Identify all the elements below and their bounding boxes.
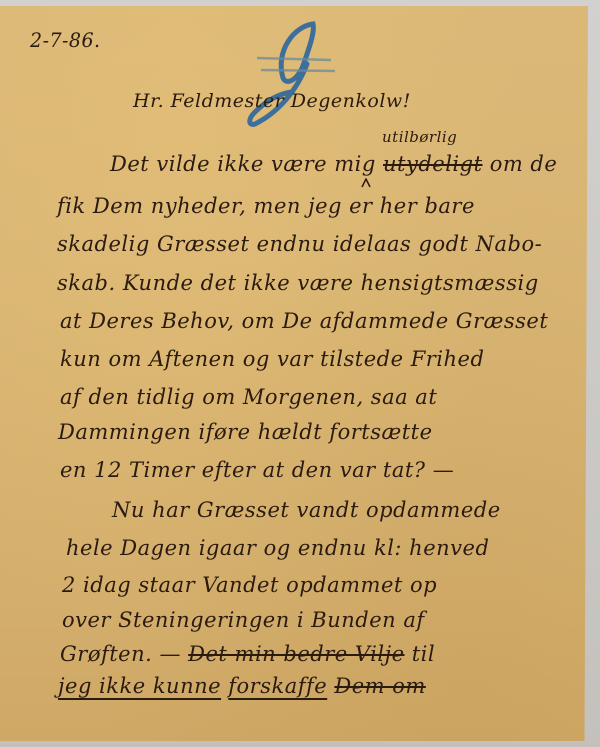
- insertion-caret-icon: [361, 178, 371, 188]
- letter-line-2: fik Dem nyheder, men jeg er her bare: [57, 194, 475, 218]
- letter-line-12: 2 idag staar Vandet opdammet op: [62, 573, 437, 597]
- letter-line-11: hele Dagen igaar og endnu kl: henved: [66, 536, 489, 560]
- line-text-after: til: [412, 642, 435, 666]
- letter-line-9: en 12 Timer efter at den var tat? —: [60, 458, 454, 482]
- line-text: Grøften. —: [60, 642, 181, 666]
- struck-end: Dem om: [334, 674, 425, 698]
- letter-page: 2-7-86. Hr. Feldmester Degenkolw! utilbø…: [0, 6, 588, 741]
- letter-date: 2-7-86.: [30, 28, 101, 52]
- letter-line-8: Dammingen iføre hældt fortsætte: [58, 420, 433, 444]
- struck-word: utydeligt: [383, 152, 483, 176]
- line-text: Det vilde ikke være mig: [110, 152, 376, 176]
- letter-line-5: at Deres Behov, om De afdammede Græsset: [60, 309, 548, 333]
- struck-phrase: Det min bedre Vilje: [188, 642, 404, 666]
- letter-line-14: Grøften. — Det min bedre Vilje til: [60, 642, 435, 666]
- line-text-after: om de: [490, 152, 558, 176]
- letter-line-15: jeg ikke kunne forskaffe Dem om: [58, 674, 426, 698]
- letter-line-4: skab. Kunde det ikke være hensigtsmæssig: [57, 271, 539, 295]
- underlined-phrase: jeg ikke kunne: [58, 674, 221, 698]
- letter-salutation: Hr. Feldmester Degenkolw!: [133, 90, 411, 112]
- insertion-above-line: utilbørlig: [382, 128, 457, 146]
- letter-line-3: skadelig Græsset endnu idelaas godt Nabo…: [57, 232, 542, 256]
- letter-line-7: af den tidlig om Morgenen, saa at: [60, 385, 437, 409]
- letter-line-1: Det vilde ikke være mig utydeligt om de: [110, 152, 557, 176]
- underlined-struck-word: forskaffe: [228, 674, 327, 698]
- blue-pencil-g-mark-icon: [235, 20, 355, 130]
- letter-line-13: over Steningeringen i Bunden af: [62, 608, 425, 632]
- letter-line-10: Nu har Græsset vandt opdammede: [112, 498, 501, 522]
- letter-line-6: kun om Aftenen og var tilstede Frihed: [60, 347, 484, 371]
